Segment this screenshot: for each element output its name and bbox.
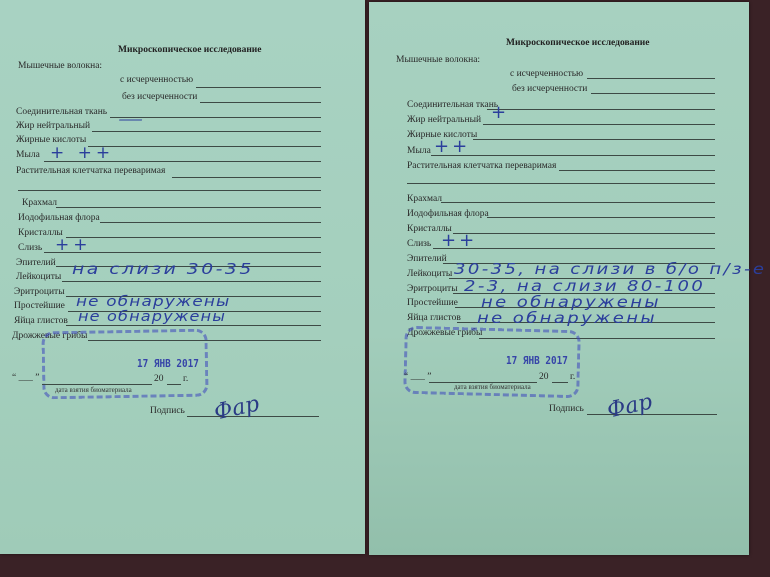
crystals-line	[66, 237, 321, 238]
form-title: Микроскопическое исследование	[118, 45, 262, 55]
signature: Фар	[212, 392, 262, 426]
with-striation-label: с исчерченностью	[120, 75, 193, 85]
soaps-line	[431, 155, 715, 156]
protozoa-label: Простейшие	[14, 301, 65, 311]
year-prefix: 20	[539, 372, 549, 382]
leukocytes-value: на слизи 30-35	[72, 260, 254, 278]
year-suffix: г.	[183, 374, 188, 384]
mucus-value: ++	[441, 230, 477, 251]
soaps-label: Мыла	[16, 150, 40, 160]
starch-line	[56, 207, 321, 208]
mucus-label: Слизь	[18, 243, 42, 253]
without-striation-label: без исчерченности	[122, 92, 197, 102]
leukocytes-value: 30-35, на слизи в б/о п/з-е	[454, 260, 766, 278]
neutral-fat-value: —	[118, 112, 143, 128]
form-title: Микроскопическое исследование	[506, 38, 650, 48]
plant-fiber-line	[559, 170, 715, 171]
iodophilic-flora-label: Иодофильная флора	[407, 209, 489, 219]
with-striation-label: с исчерченностью	[510, 69, 583, 79]
starch-label: Крахмал	[407, 194, 442, 204]
epithelium-label: Эпителий	[407, 254, 447, 264]
connective-tissue-label: Соединительная ткань	[16, 107, 107, 117]
iodophilic-flora-label: Иодофильная флора	[18, 213, 100, 223]
year-line	[167, 384, 181, 385]
neutral-fat-label: Жир нейтральный	[407, 115, 481, 125]
protozoa-label: Простейшие	[407, 298, 458, 308]
crystals-line	[453, 233, 715, 234]
plant-fiber-line-2	[407, 183, 715, 184]
mucus-value: ++	[55, 235, 92, 255]
without-striation-line	[200, 102, 321, 103]
date-caption: дата взятия биоматериала	[454, 383, 531, 391]
date-day-quote: “ ___ ”	[12, 373, 39, 383]
without-striation-label: без исчерченности	[512, 84, 587, 94]
left-form-sheet: Микроскопическое исследование Мышечные в…	[0, 0, 365, 554]
year-prefix: 20	[154, 374, 164, 384]
date-day-quote: “ ___ ”	[404, 372, 431, 382]
year-line	[552, 382, 568, 383]
soaps-label: Мыла	[407, 146, 431, 156]
connective-tissue-line	[487, 109, 715, 110]
plant-fiber-label: Растительная клетчатка переваримая	[16, 166, 165, 176]
starch-label: Крахмал	[22, 198, 57, 208]
fatty-acids-line	[88, 146, 321, 147]
fatty-acids-line	[473, 139, 715, 140]
soaps-value: + ++	[50, 143, 114, 163]
helminth-eggs-label: Яйца глистов	[14, 316, 68, 326]
connective-tissue-label: Соединительная ткань	[407, 100, 498, 110]
helminth-eggs-line	[66, 325, 321, 326]
neutral-fat-label: Жир нейтральный	[16, 121, 90, 131]
signature-label: Подпись	[150, 406, 185, 416]
erythrocytes-label: Эритроциты	[407, 284, 458, 294]
without-striation-line	[591, 93, 715, 94]
epithelium-label: Эпителий	[16, 258, 56, 268]
right-form-sheet: Микроскопическое исследование Мышечные в…	[369, 2, 749, 555]
iodophilic-flora-line	[487, 217, 715, 218]
neutral-fat-line	[483, 124, 715, 125]
plant-fiber-line	[172, 177, 321, 178]
iodophilic-flora-line	[100, 222, 321, 223]
soaps-value: ++	[434, 136, 470, 157]
stamp-date: 17 ЯНВ 2017	[506, 354, 568, 367]
muscle-fibers-label: Мышечные волокна:	[18, 61, 102, 71]
date-month-line	[42, 384, 152, 385]
year-suffix: г.	[570, 372, 575, 382]
with-striation-line	[587, 78, 715, 79]
neutral-fat-line	[92, 131, 321, 132]
helminth-eggs-value: не обнаружены	[477, 309, 657, 327]
plant-fiber-line-2	[18, 190, 321, 191]
starch-line	[441, 202, 715, 203]
mucus-label: Слизь	[407, 239, 431, 249]
leukocytes-line	[62, 281, 321, 282]
signature-label: Подпись	[549, 404, 584, 414]
leukocytes-label: Лейкоциты	[16, 272, 61, 282]
muscle-fibers-label: Мышечные волокна:	[396, 55, 480, 65]
erythrocytes-label: Эритроциты	[14, 287, 65, 297]
stamp-date: 17 ЯНВ 2017	[137, 357, 199, 370]
plant-fiber-label: Растительная клетчатка переваримая	[407, 161, 556, 171]
helminth-eggs-label: Яйца глистов	[407, 313, 461, 323]
with-striation-line	[196, 87, 321, 88]
leukocytes-label: Лейкоциты	[407, 269, 452, 279]
protozoa-value: не обнаружены	[76, 294, 231, 310]
signature: Фар	[605, 390, 655, 424]
helminth-eggs-value: не обнаружены	[78, 309, 226, 325]
date-caption: дата взятия биоматериала	[55, 386, 132, 394]
neutral-fat-value: +	[491, 102, 506, 123]
